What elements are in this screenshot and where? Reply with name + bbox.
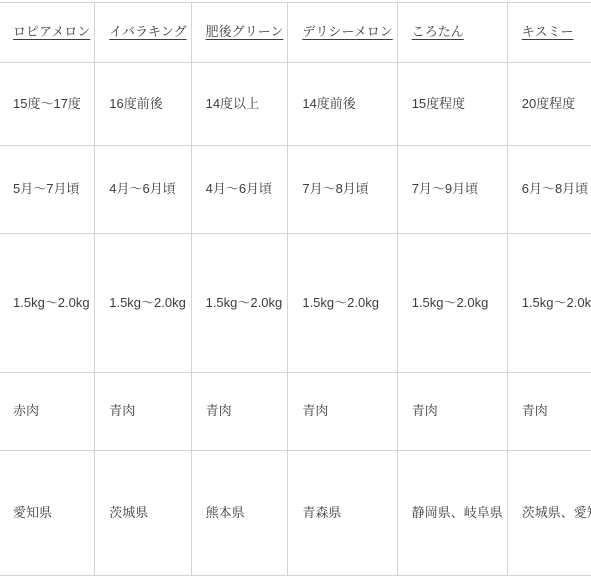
header-row: ロピアメロン イバラキング 肥後グリーン デリシーメロン ころたん キスミー xyxy=(0,3,591,63)
table-cell: 14度前後 xyxy=(288,63,397,146)
table-cell: 青肉 xyxy=(95,373,191,451)
table-cell: 4月〜6月頃 xyxy=(95,146,191,234)
melon-name-link[interactable]: ロピアメロン xyxy=(13,24,90,39)
table-cell: 青肉 xyxy=(288,373,397,451)
table-cell: 1.5kg〜2.0kg xyxy=(288,234,397,373)
table-cell: 青肉 xyxy=(507,373,591,451)
table-cell: 4月〜6月頃 xyxy=(191,146,288,234)
table-cell: 茨城県、愛知県 xyxy=(507,451,591,576)
column-header-delissy-melon: デリシーメロン xyxy=(288,3,397,63)
melon-name-link[interactable]: ころたん xyxy=(412,24,464,39)
table-cell: 青森県 xyxy=(288,451,397,576)
melon-name-link[interactable]: デリシーメロン xyxy=(302,24,392,39)
table-cell: 青肉 xyxy=(397,373,507,451)
table-cell: 1.5kg〜2.0kg xyxy=(95,234,191,373)
table-cell: 20度程度 xyxy=(507,63,591,146)
temperature-row: 15度〜17度 16度前後 14度以上 14度前後 15度程度 20度程度 xyxy=(0,63,591,146)
table-cell: 7月〜9月頃 xyxy=(397,146,507,234)
column-header-ibaraking: イバラキング xyxy=(95,3,191,63)
table-cell: 1.5kg〜2.0kg xyxy=(507,234,591,373)
table-cell: 15度〜17度 xyxy=(0,63,95,146)
table-cell: 1.5kg〜2.0kg xyxy=(397,234,507,373)
origin-prefecture-row: 愛知県 茨城県 熊本県 青森県 静岡県、岐阜県 茨城県、愛知県 xyxy=(0,451,591,576)
table-cell: 1.5kg〜2.0kg xyxy=(0,234,95,373)
table-cell: 愛知県 xyxy=(0,451,95,576)
column-header-higo-green: 肥後グリーン xyxy=(191,3,288,63)
melon-comparison-page: ロピアメロン イバラキング 肥後グリーン デリシーメロン ころたん キスミー 1… xyxy=(0,0,591,579)
column-header-kiss-me: キスミー xyxy=(507,3,591,63)
flesh-color-row: 赤肉 青肉 青肉 青肉 青肉 青肉 xyxy=(0,373,591,451)
table-cell: 茨城県 xyxy=(95,451,191,576)
table-cell: 青肉 xyxy=(191,373,288,451)
melon-name-link[interactable]: 肥後グリーン xyxy=(206,24,284,39)
table-cell: 6月〜8月頃 xyxy=(507,146,591,234)
table-cell: 14度以上 xyxy=(191,63,288,146)
weight-row: 1.5kg〜2.0kg 1.5kg〜2.0kg 1.5kg〜2.0kg 1.5k… xyxy=(0,234,591,373)
table-cell: 5月〜7月頃 xyxy=(0,146,95,234)
column-header-korotan: ころたん xyxy=(397,3,507,63)
melon-name-link[interactable]: イバラキング xyxy=(109,24,186,39)
table-cell: 赤肉 xyxy=(0,373,95,451)
harvest-season-row: 5月〜7月頃 4月〜6月頃 4月〜6月頃 7月〜8月頃 7月〜9月頃 6月〜8月… xyxy=(0,146,591,234)
table-cell: 15度程度 xyxy=(397,63,507,146)
table-cell: 7月〜8月頃 xyxy=(288,146,397,234)
table-cell: 静岡県、岐阜県 xyxy=(397,451,507,576)
melon-comparison-table: ロピアメロン イバラキング 肥後グリーン デリシーメロン ころたん キスミー 1… xyxy=(0,2,591,576)
melon-name-link[interactable]: キスミー xyxy=(522,24,574,39)
column-header-ropia-melon: ロピアメロン xyxy=(0,3,95,63)
table-cell: 熊本県 xyxy=(191,451,288,576)
table-cell: 16度前後 xyxy=(95,63,191,146)
table-cell: 1.5kg〜2.0kg xyxy=(191,234,288,373)
